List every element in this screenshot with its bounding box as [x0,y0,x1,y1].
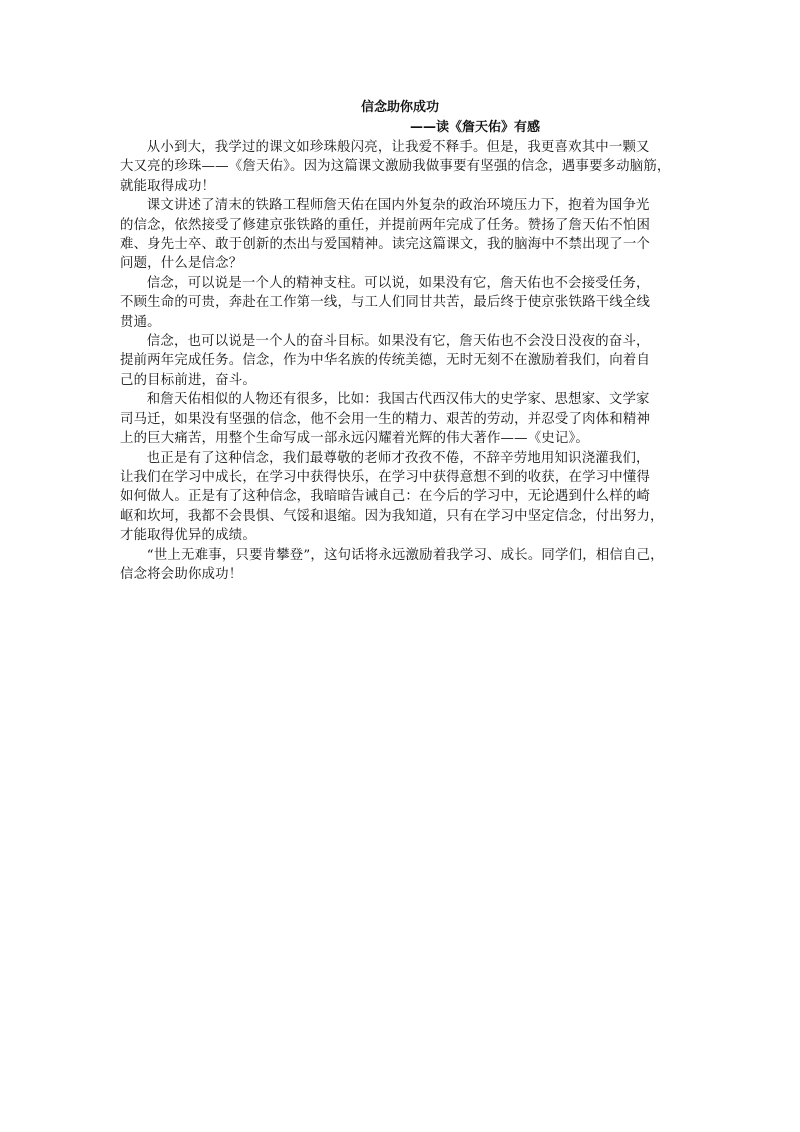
text-line: 的信念，依然接受了修建京张铁路的重任，并提前两年完成了任务。赞扬了詹天佑不怕困 [120,216,690,235]
text-line: 上的巨大痛苦，用整个生命写成一部永远闪耀着光辉的伟大著作——《史记》。 [120,429,690,448]
paragraph: “世上无难事，只要肯攀登”，这句话将永远激励着我学习、成长。同学们，相信自己，信… [120,546,690,585]
paragraph: 课文讲述了清末的铁路工程师詹天佑在国内外复杂的政治环境压力下，抱着为国争光的信念… [120,196,690,274]
text-line: 和詹天佑相似的人物还有很多，比如：我国古代西汉伟大的史学家、思想家、文学家 [120,390,690,409]
text-line: 如何做人。正是有了这种信念，我暗暗告诫自己：在今后的学习中，无论遇到什么样的崎 [120,487,690,506]
text-line: 提前两年完成任务。信念，作为中华名族的传统美德，无时无刻不在激励着我们，向着自 [120,351,690,370]
text-line: 也正是有了这种信念，我们最尊敬的老师才孜孜不倦，不辞辛劳地用知识浇灌我们， [120,449,690,468]
paragraph: 和詹天佑相似的人物还有很多，比如：我国古代西汉伟大的史学家、思想家、文学家司马迁… [120,390,690,448]
document-page: 信念助你成功 ——读《詹天佑》有感 从小到大，我学过的课文如珍珠般闪亮，让我爱不… [120,98,690,584]
text-line: 信念，也可以说是一个人的奋斗目标。如果没有它，詹天佑也不会没日没夜的奋斗， [120,332,690,351]
text-line: 不顾生命的可贵，奔赴在工作第一线，与工人们同甘共苦，最后终于使京张铁路干线全线 [120,293,690,312]
paragraph: 也正是有了这种信念，我们最尊敬的老师才孜孜不倦，不辞辛劳地用知识浇灌我们，让我们… [120,449,690,546]
document-body: 从小到大，我学过的课文如珍珠般闪亮，让我爱不释手。但是，我更喜欢其中一颗又大又亮… [120,138,690,584]
text-line: 贯通。 [120,313,690,332]
text-line: 课文讲述了清末的铁路工程师詹天佑在国内外复杂的政治环境压力下，抱着为国争光 [120,196,690,215]
text-line: 才能取得优异的成绩。 [120,526,690,545]
document-subtitle: ——读《詹天佑》有感 [120,118,690,138]
text-line: 信念，可以说是一个人的精神支柱。可以说，如果没有它，詹天佑也不会接受任务， [120,274,690,293]
text-line: 信念将会助你成功！ [120,565,690,584]
paragraph: 信念，也可以说是一个人的奋斗目标。如果没有它，詹天佑也不会没日没夜的奋斗，提前两… [120,332,690,390]
text-line: 就能取得成功！ [120,177,690,196]
paragraph: 信念，可以说是一个人的精神支柱。可以说，如果没有它，詹天佑也不会接受任务，不顾生… [120,274,690,332]
text-line: 司马迁，如果没有坚强的信念，他不会用一生的精力、艰苦的劳动，并忍受了肉体和精神 [120,410,690,429]
text-line: 岖和坎坷，我都不会畏惧、气馁和退缩。因为我知道，只有在学习中坚定信念，付出努力， [120,507,690,526]
text-line: 大又亮的珍珠——《詹天佑》。因为这篇课文激励我做事要有坚强的信念，遇事要多动脑筋… [120,157,690,176]
paragraph: 从小到大，我学过的课文如珍珠般闪亮，让我爱不释手。但是，我更喜欢其中一颗又大又亮… [120,138,690,196]
text-line: 己的目标前进，奋斗。 [120,371,690,390]
text-line: 让我们在学习中成长，在学习中获得快乐，在学习中获得意想不到的收获，在学习中懂得 [120,468,690,487]
text-line: 从小到大，我学过的课文如珍珠般闪亮，让我爱不释手。但是，我更喜欢其中一颗又 [120,138,690,157]
document-title: 信念助你成功 [120,98,680,118]
text-line: “世上无难事，只要肯攀登”，这句话将永远激励着我学习、成长。同学们，相信自己， [120,546,690,565]
text-line: 难、身先士卒、敢于创新的杰出与爱国精神。读完这篇课文，我的脑海中不禁出现了一个 [120,235,690,254]
text-line: 问题，什么是信念？ [120,254,690,273]
